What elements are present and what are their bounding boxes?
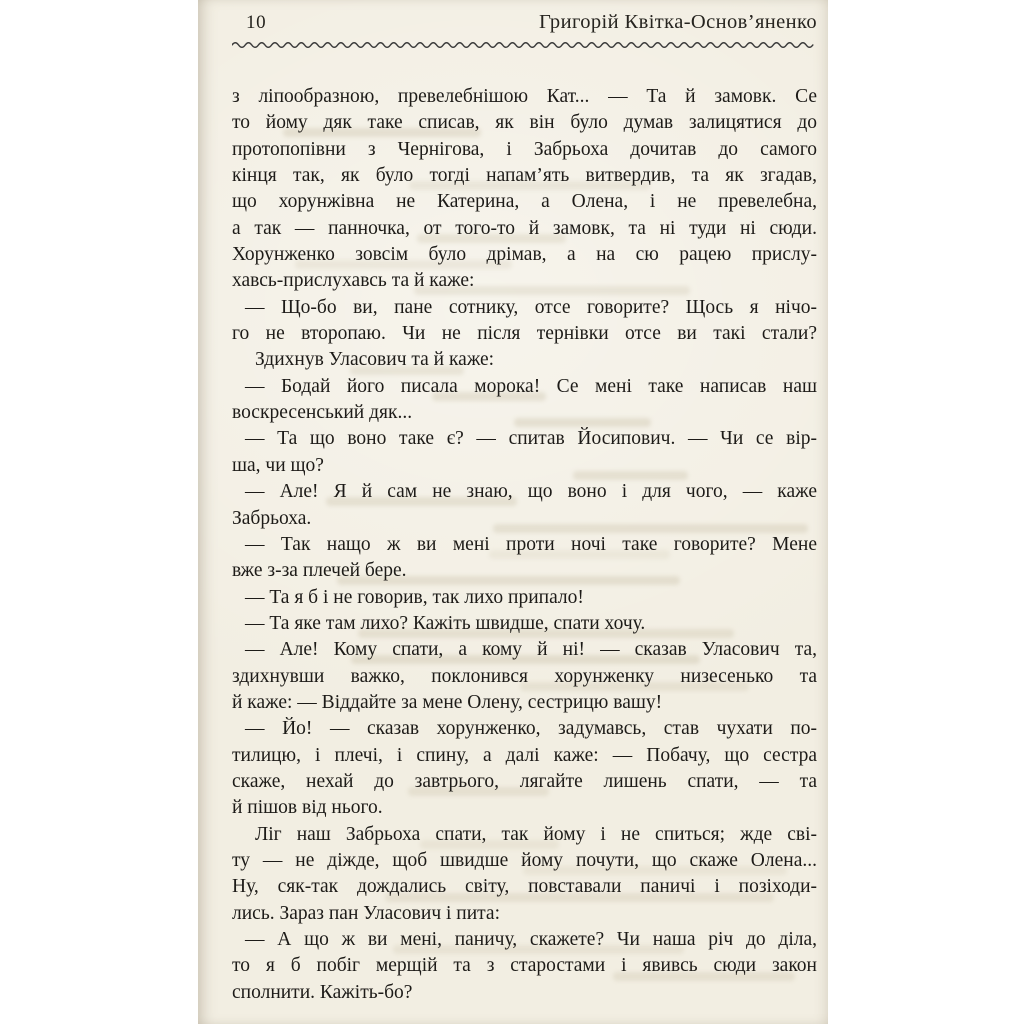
text-line: — Що-бо ви, пане сотнику, отсе говорите?… xyxy=(232,295,817,321)
text-line: то я б побіг мерщій та з старостами і яв… xyxy=(232,953,817,979)
text-line: що хорунжівна не Катерина, а Олена, і не… xyxy=(232,189,817,215)
text-line: вже з-за плечей бере. xyxy=(232,558,817,584)
text-line: — Бодай його писала морока! Се мені таке… xyxy=(232,374,817,400)
wavy-divider-path xyxy=(232,43,813,48)
page-text: з ліпообразною, превелебнішою Кат... — Т… xyxy=(232,84,817,1006)
text-line: — Але! Я й сам не знаю, що воно і для чо… xyxy=(232,479,817,505)
text-line: скаже, нехай до завтрього, лягайте лишен… xyxy=(232,769,817,795)
running-title: Григорій Квітка-Основ’яненко xyxy=(539,11,817,34)
paragraph: — Та я б і не говорив, так лихо припало! xyxy=(232,585,817,611)
text-line: кінця так, як було тогді напам’ять витве… xyxy=(232,163,817,189)
paragraph: з ліпообразною, превелебнішою Кат... — Т… xyxy=(232,84,817,295)
wavy-divider xyxy=(232,39,817,49)
paragraph: Здихнув Уласович та й каже: xyxy=(232,347,817,373)
paragraph: Ліг наш Забрьоха спати, так йому і не сп… xyxy=(232,822,817,927)
text-line: й пішов від нього. xyxy=(232,795,817,821)
text-line: лись. Зараз пан Уласович і пита: xyxy=(232,901,817,927)
paragraph: — Та що воно таке є? — спитав Йосипович.… xyxy=(232,426,817,479)
text-line: ту — не діжде, щоб швидше йому почути, щ… xyxy=(232,848,817,874)
paragraph: — Так нащо ж ви мені проти ночі таке гов… xyxy=(232,532,817,585)
text-line: з ліпообразною, превелебнішою Кат... — Т… xyxy=(232,84,817,110)
text-line: Забрьоха. xyxy=(232,506,817,532)
text-line: сполнити. Кажіть-бо? xyxy=(232,980,817,1006)
text-line: тилицю, і плечі, і спину, а далі каже: —… xyxy=(232,743,817,769)
page-number: 10 xyxy=(246,12,266,34)
text-line: — А що ж ви мені, паничу, скажете? Чи на… xyxy=(232,927,817,953)
paragraph: — А що ж ви мені, паничу, скажете? Чи на… xyxy=(232,927,817,1006)
paragraph: — Але! Я й сам не знаю, що воно і для чо… xyxy=(232,479,817,532)
text-line: то йому дяк таке списав, як він було дум… xyxy=(232,110,817,136)
paragraph: — Бодай його писала морока! Се мені таке… xyxy=(232,374,817,427)
text-line: протопопівни з Чернігова, і Забрьоха доч… xyxy=(232,137,817,163)
paragraph: — Що-бо ви, пане сотнику, отсе говорите?… xyxy=(232,295,817,348)
book-page: 10 Григорій Квітка-Основ’яненко з ліпооб… xyxy=(198,0,828,1024)
text-line: Ну, сяк-так дождались світу, повставали … xyxy=(232,874,817,900)
paragraph: — Але! Кому спати, а кому й ні! — сказав… xyxy=(232,637,817,716)
text-line: — Так нащо ж ви мені проти ночі таке гов… xyxy=(232,532,817,558)
text-line: здихнувши важко, поклонився хорунженку н… xyxy=(232,664,817,690)
text-line: а так — панночка, от того-то й замовк, т… xyxy=(232,216,817,242)
running-head: 10 Григорій Квітка-Основ’яненко xyxy=(232,11,817,34)
text-line: Здихнув Уласович та й каже: xyxy=(232,347,817,373)
text-line: Хорунженко зовсім було дрімав, а на сю р… xyxy=(232,242,817,268)
text-line: го не второпаю. Чи не після тернівки отс… xyxy=(232,321,817,347)
text-line: — Та я б і не говорив, так лихо припало! xyxy=(232,585,817,611)
text-line: — Та яке там лихо? Кажіть швидше, спати … xyxy=(232,611,817,637)
scanned-book-spread: 10 Григорій Квітка-Основ’яненко з ліпооб… xyxy=(0,0,1024,1024)
text-line: — Та що воно таке є? — спитав Йосипович.… xyxy=(232,426,817,452)
paragraph: — Йо! — сказав хорунженко, задумавсь, ст… xyxy=(232,716,817,821)
text-line: хавсь-прислухавсь та й каже: xyxy=(232,268,817,294)
text-line: Ліг наш Забрьоха спати, так йому і не сп… xyxy=(232,822,817,848)
text-line: й каже: — Віддайте за мене Олену, сестри… xyxy=(232,690,817,716)
text-line: воскресенський дяк... xyxy=(232,400,817,426)
text-line: — Але! Кому спати, а кому й ні! — сказав… xyxy=(232,637,817,663)
text-line: ша, чи що? xyxy=(232,453,817,479)
text-line: — Йо! — сказав хорунженко, задумавсь, ст… xyxy=(232,716,817,742)
paragraph: — Та яке там лихо? Кажіть швидше, спати … xyxy=(232,611,817,637)
